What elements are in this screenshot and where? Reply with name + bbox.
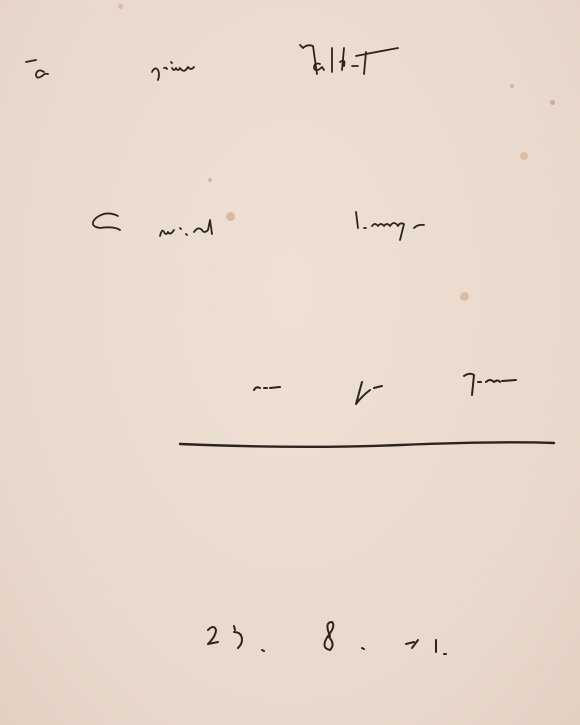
signature-underline <box>180 442 554 446</box>
line3-handwriting <box>254 374 516 404</box>
line1-handwriting <box>26 45 398 80</box>
line2-handwriting <box>93 212 424 240</box>
date-handwriting <box>208 622 446 654</box>
handwriting <box>0 0 580 725</box>
